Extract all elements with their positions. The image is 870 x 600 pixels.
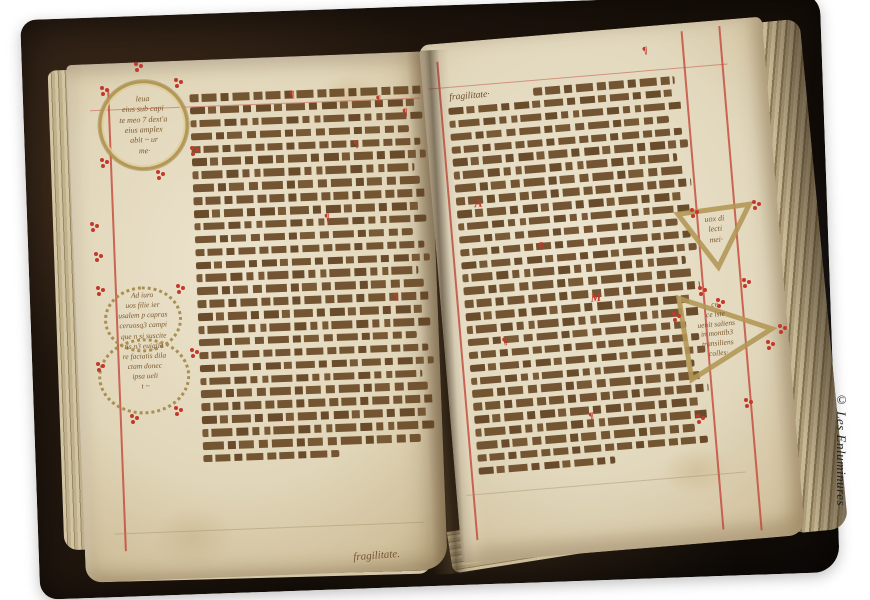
red-dot-cluster (134, 62, 138, 66)
pilcrow-mark: ¶ (289, 90, 295, 100)
red-dot-cluster (94, 252, 98, 256)
photo-credit: © Les Enluminures (833, 392, 849, 532)
roundel-middle-text: Ad iuro uos filie ier usalem p capras ce… (97, 289, 192, 414)
roundel-top-text: leua eius sub capi te meo 7 dext'a eius … (118, 93, 168, 157)
triangle-side-text: ce ce iste uenit saliens in montib3 tran… (681, 297, 752, 361)
red-dot-cluster (174, 406, 178, 410)
red-dot-cluster (766, 340, 770, 344)
triangle-top-text: uox di lecti mei· (688, 212, 742, 247)
red-dot-cluster (156, 170, 160, 174)
red-dot-cluster (174, 78, 178, 82)
left-page-bottom-rule (114, 522, 424, 535)
pilcrow-mark: ¶ (402, 108, 408, 118)
right-page-outer-rule-2 (718, 26, 762, 530)
red-dot-cluster (100, 86, 104, 90)
red-dot-cluster (672, 312, 676, 316)
red-dot-cluster (696, 414, 700, 418)
pilcrow-mark: ¶ (642, 46, 648, 56)
red-dot-cluster (190, 146, 194, 150)
right-page: fragilitate· uox di lecti mei· ce ce ist… (419, 17, 805, 564)
pilcrow-mark: ¶ (393, 293, 399, 303)
red-dot-cluster (100, 158, 104, 162)
right-text-block (447, 75, 715, 480)
red-dot-cluster (130, 414, 134, 418)
red-initial: M (590, 291, 602, 304)
pilcrow-mark: ¶ (588, 412, 594, 422)
red-dot-cluster (742, 278, 746, 282)
red-dot-cluster (96, 362, 100, 366)
catchword: fragilitate. (353, 548, 401, 563)
pilcrow-mark: ¶ (538, 242, 544, 252)
red-dot-cluster (716, 298, 720, 302)
manuscript-photo: leua eius sub capi te meo 7 dext'a eius … (0, 0, 870, 600)
red-dot-cluster (744, 398, 748, 402)
red-dot-cluster (690, 208, 694, 212)
triangle-annotation-top: uox di lecti mei· (673, 198, 759, 276)
triangle-annotation-side: ce ce iste uenit saliens in montib3 tran… (670, 282, 784, 389)
red-dot-cluster (698, 286, 702, 290)
pilcrow-mark: ¶ (353, 140, 359, 150)
red-dot-cluster (778, 324, 782, 328)
marginal-roundel-middle: Ad iuro uos filie ier usalem p capras ce… (93, 285, 192, 415)
red-initial: A (474, 197, 483, 210)
pilcrow-mark: ¶ (376, 95, 382, 105)
red-dot-cluster (96, 286, 100, 290)
red-dot-cluster (752, 200, 756, 204)
pilcrow-mark: ¶ (502, 337, 508, 347)
left-text-block (189, 85, 437, 468)
left-page: leua eius sub capi te meo 7 dext'a eius … (66, 51, 448, 583)
red-dot-cluster (190, 348, 194, 352)
pilcrow-mark: ¶ (324, 213, 330, 223)
red-dot-cluster (176, 284, 180, 288)
red-dot-cluster (90, 222, 94, 226)
